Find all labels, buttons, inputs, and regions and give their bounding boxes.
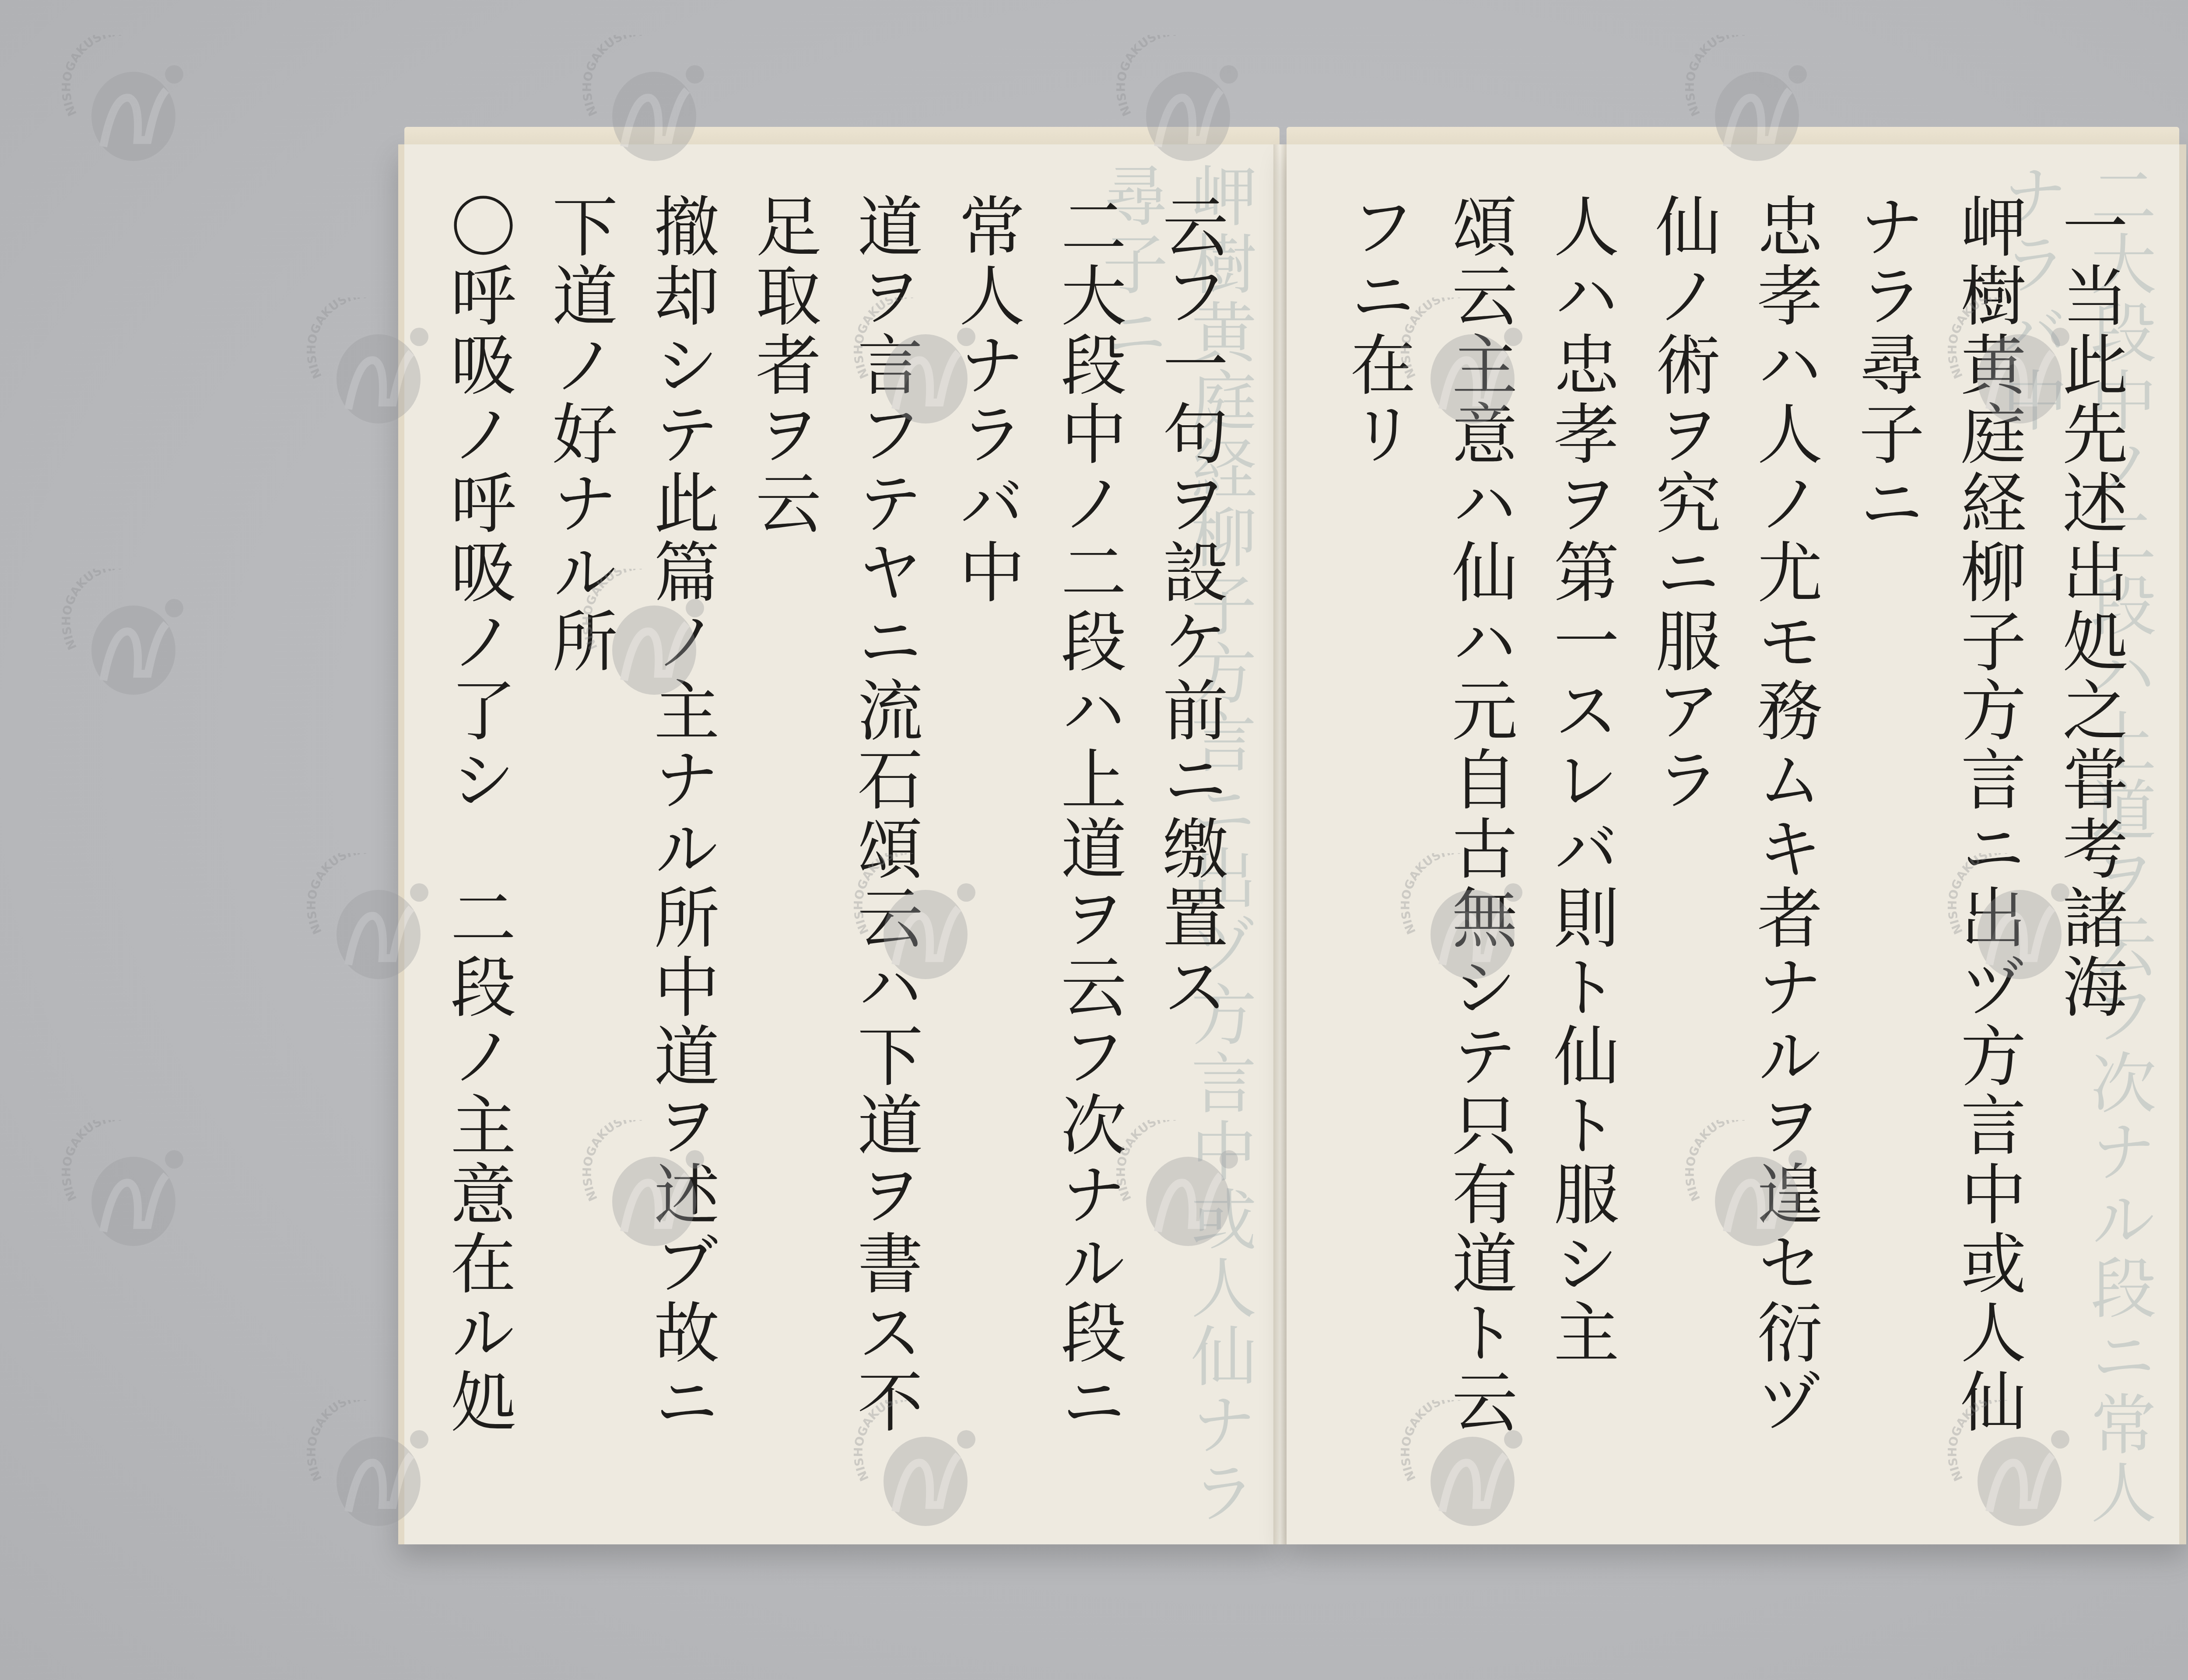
text-column: 忠孝ハ人ノ尤モ務ムキ者ナルヲ遑セ衍ヅ仙ノ術ヲ究ニ服アラ — [1631, 192, 1835, 1496]
text-column: 岬樹黄庭経柳子方言ニ出ヅ方言中或人仙ナラ尋子ニ — [1835, 192, 2038, 1496]
text-column: 撤却シテ此篇ノ主ナル所中道ヲ述ブ故ニ下道ノ好ナル所 — [528, 192, 732, 1496]
left-page-top-edge — [404, 127, 1280, 144]
text-column: 頌云主意ハ仙ハ元自古無シテ只有道ト云フニ在リ — [1326, 192, 1529, 1496]
text-column: 二大段中ノ二段ハ上道ヲ云フ次ナル段ニ常人ナラバ中 — [935, 192, 1139, 1496]
left-page-text: 云フ一句ヲ設ケ前ニ缴置ス 二大段中ノ二段ハ上道ヲ云フ次ナル段ニ常人ナラバ中 道ヲ… — [444, 192, 1240, 1496]
text-column: 云フ一句ヲ設ケ前ニ缴置ス — [1139, 192, 1241, 1496]
text-column: 道ヲ言フテヤニ流石頌云ハ下道ヲ書ス不足取者ヲ云 — [732, 192, 935, 1496]
text-column: 〇呼吸ノ呼吸ノ了シ 二段ノ主意在ル処ニ — [444, 192, 528, 1496]
open-manuscript: 岬樹黄庭経柳子方言ニ出ヅ方言中或人仙ナラ尋子ニ 云フ一句ヲ設ケ前ニ缴置ス 二大段… — [385, 118, 2184, 1566]
left-page: 岬樹黄庭経柳子方言ニ出ヅ方言中或人仙ナラ尋子ニ 云フ一句ヲ設ケ前ニ缴置ス 二大段… — [398, 144, 1280, 1544]
text-column: 一当此先述出処之甞考諸海 — [2038, 192, 2140, 1496]
right-page-top-edge — [1287, 127, 2179, 144]
right-page-text: 一当此先述出処之甞考諸海 岬樹黄庭経柳子方言ニ出ヅ方言中或人仙ナラ尋子ニ 忠孝ハ… — [1326, 192, 2140, 1496]
book-gutter — [1273, 144, 1287, 1544]
right-page: 二大段中ノ二段ハ上道ヲ云フ次ナル段ニ常人ナラバ中 一当此先述出処之甞考諸海 岬樹… — [1287, 144, 2186, 1544]
text-column: 人ハ忠孝ヲ第一スレバ則ト仙ト服シ主 — [1529, 192, 1631, 1496]
